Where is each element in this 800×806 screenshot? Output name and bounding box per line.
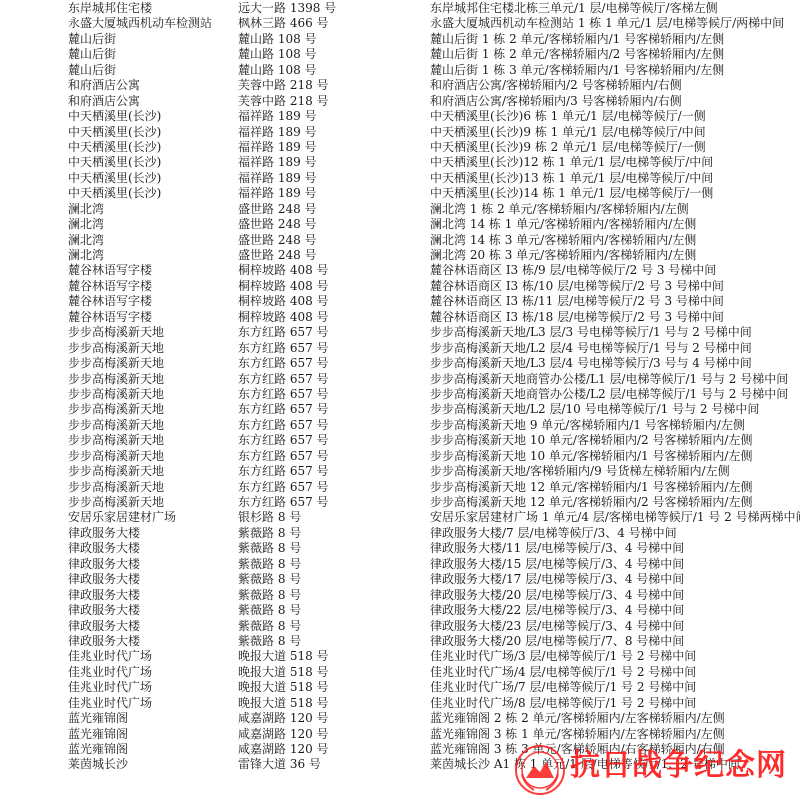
table-row: 中天栖溪里(长沙)福祥路 189 号中天栖溪里(长沙)6 栋 1 单元/1 层/… [68,109,800,124]
site-address: 东方红路 657 号 [238,387,430,402]
install-location: 中天栖溪里(长沙)12 栋 1 单元/1 层/电梯等候厅/中间 [430,155,800,170]
table-row: 蓝光雍锦阁咸嘉湖路 120 号蓝光雍锦阁 2 栋 2 单元/客梯轿厢内/左客梯轿… [68,711,800,726]
install-location: 步步高梅溪新天地/L3 层/4 号电梯等候厅/3 号与 4 号梯中间 [430,356,800,371]
site-name: 步步高梅溪新天地 [68,495,238,510]
site-name: 澜北湾 [68,248,238,263]
install-location: 律政服务大楼/23 层/电梯等候厅/3、4 号梯中间 [430,619,800,634]
site-name: 佳兆业时代广场 [68,665,238,680]
table-row: 莱茵城长沙雷锋大道 36 号莱茵城长沙 A1 栋 1 单元/1 层/电梯等候厅/… [68,757,800,772]
install-location: 律政服务大楼/17 层/电梯等候厅/3、4 号梯中间 [430,572,800,587]
site-name: 步步高梅溪新天地 [68,433,238,448]
install-location: 麓谷林语商区 I3 栋/18 层/电梯等候厅/2 号 3 号梯中间 [430,310,800,325]
site-address: 紫薇路 8 号 [238,541,430,556]
install-location: 中天栖溪里(长沙)9 栋 1 单元/1 层/电梯等候厅/中间 [430,125,800,140]
install-location: 律政服务大楼/20 层/电梯等候厅/3、4 号梯中间 [430,588,800,603]
site-name: 麓谷林语写字楼 [68,294,238,309]
site-address: 盛世路 248 号 [238,248,430,263]
site-name: 蓝光雍锦阁 [68,742,238,757]
install-location: 永盛大厦城西机动车检测站 1 栋 1 单元/1 层/电梯等候厅/两梯中间 [430,16,800,31]
site-address: 福祥路 189 号 [238,186,430,201]
table-row: 律政服务大楼紫薇路 8 号律政服务大楼/20 层/电梯等候厅/7、8 号梯中间 [68,634,800,649]
site-name: 步步高梅溪新天地 [68,341,238,356]
site-name: 步步高梅溪新天地 [68,464,238,479]
table-row: 麓谷林语写字楼桐梓坡路 408 号麓谷林语商区 I3 栋/18 层/电梯等候厅/… [68,310,800,325]
site-address: 东方红路 657 号 [238,341,430,356]
site-address: 芙蓉中路 218 号 [238,78,430,93]
site-address: 麓山路 108 号 [238,32,430,47]
table-row: 麓山后街麓山路 108 号麓山后街 1 栋 2 单元/客梯轿厢内/2 号客梯轿厢… [68,47,800,62]
table-row: 中天栖溪里(长沙)福祥路 189 号中天栖溪里(长沙)14 栋 1 单元/1 层… [68,186,800,201]
site-address: 晚报大道 518 号 [238,696,430,711]
table-row: 律政服务大楼紫薇路 8 号律政服务大楼/15 层/电梯等候厅/3、4 号梯中间 [68,557,800,572]
install-location: 律政服务大楼/22 层/电梯等候厅/3、4 号梯中间 [430,603,800,618]
site-address: 麓山路 108 号 [238,63,430,78]
install-location: 佳兆业时代广场/4 层/电梯等候厅/1 号 2 号梯中间 [430,665,800,680]
install-location: 律政服务大楼/15 层/电梯等候厅/3、4 号梯中间 [430,557,800,572]
table-row: 澜北湾盛世路 248 号澜北湾 14 栋 3 单元/客梯轿厢内/客梯轿厢内/左侧 [68,233,800,248]
site-address: 盛世路 248 号 [238,202,430,217]
site-name: 佳兆业时代广场 [68,649,238,664]
site-name: 步步高梅溪新天地 [68,372,238,387]
table-row: 佳兆业时代广场晚报大道 518 号佳兆业时代广场/3 层/电梯等候厅/1 号 2… [68,649,800,664]
install-location: 佳兆业时代广场/7 层/电梯等候厅/1 号 2 号梯中间 [430,680,800,695]
site-name: 麓谷林语写字楼 [68,279,238,294]
table-row: 东岸城邦住宅楼远大一路 1398 号东岸城邦住宅楼北栋三单元/1 层/电梯等候厅… [68,1,800,16]
site-name: 步步高梅溪新天地 [68,387,238,402]
table-row: 步步高梅溪新天地东方红路 657 号步步高梅溪新天地 10 单元/客梯轿厢内/1… [68,449,800,464]
site-address: 紫薇路 8 号 [238,603,430,618]
table-row: 律政服务大楼紫薇路 8 号律政服务大楼/7 层/电梯等候厅/3、4 号梯中间 [68,526,800,541]
site-address: 雷锋大道 36 号 [238,757,430,772]
install-location: 步步高梅溪新天地/L3 层/3 号电梯等候厅/1 号与 2 号梯中间 [430,325,800,340]
install-location: 律政服务大楼/7 层/电梯等候厅/3、4 号梯中间 [430,526,800,541]
site-address: 福祥路 189 号 [238,155,430,170]
site-address: 东方红路 657 号 [238,495,430,510]
site-address: 远大一路 1398 号 [238,1,430,16]
table-row: 律政服务大楼紫薇路 8 号律政服务大楼/17 层/电梯等候厅/3、4 号梯中间 [68,572,800,587]
table-row: 蓝光雍锦阁咸嘉湖路 120 号蓝光雍锦阁 3 栋 3 单元/客梯轿厢内/右客梯轿… [68,742,800,757]
table-row: 步步高梅溪新天地东方红路 657 号步步高梅溪新天地 12 单元/客梯轿厢内/2… [68,495,800,510]
install-location: 步步高梅溪新天地/L2 层/4 号电梯等候厅/1 号与 2 号梯中间 [430,341,800,356]
site-address: 麓山路 108 号 [238,47,430,62]
site-name: 律政服务大楼 [68,634,238,649]
install-location: 麓山后街 1 栋 2 单元/客梯轿厢内/1 号客梯轿厢内/左侧 [430,32,800,47]
site-address: 福祥路 189 号 [238,109,430,124]
install-location: 中天栖溪里(长沙)13 栋 1 单元/1 层/电梯等候厅/中间 [430,171,800,186]
install-location: 中天栖溪里(长沙)9 栋 2 单元/1 层/电梯等候厅/一侧 [430,140,800,155]
site-name: 中天栖溪里(长沙) [68,155,238,170]
install-location: 步步高梅溪新天地 10 单元/客梯轿厢内/2 号客梯轿厢内/左侧 [430,433,800,448]
table-row: 澜北湾盛世路 248 号澜北湾 14 栋 1 单元/客梯轿厢内/客梯轿厢内/左侧 [68,217,800,232]
table-row: 律政服务大楼紫薇路 8 号律政服务大楼/23 层/电梯等候厅/3、4 号梯中间 [68,619,800,634]
install-location: 中天栖溪里(长沙)6 栋 1 单元/1 层/电梯等候厅/一侧 [430,109,800,124]
table-row: 麓谷林语写字楼桐梓坡路 408 号麓谷林语商区 I3 栋/11 层/电梯等候厅/… [68,294,800,309]
site-address: 东方红路 657 号 [238,372,430,387]
site-name: 蓝光雍锦阁 [68,727,238,742]
install-location: 澜北湾 1 栋 2 单元/客梯轿厢内/客梯轿厢内/左侧 [430,202,800,217]
table-row: 麓谷林语写字楼桐梓坡路 408 号麓谷林语商区 I3 栋/9 层/电梯等候厅/2… [68,263,800,278]
site-address: 紫薇路 8 号 [238,572,430,587]
install-location: 东岸城邦住宅楼北栋三单元/1 层/电梯等候厅/客梯左侧 [430,1,800,16]
site-address: 晚报大道 518 号 [238,649,430,664]
site-name: 中天栖溪里(长沙) [68,171,238,186]
site-address: 盛世路 248 号 [238,233,430,248]
site-name: 佳兆业时代广场 [68,696,238,711]
site-name: 律政服务大楼 [68,619,238,634]
table-row: 步步高梅溪新天地东方红路 657 号步步高梅溪新天地商管办公楼/L2 层/电梯等… [68,387,800,402]
site-address: 银杉路 8 号 [238,510,430,525]
table-row: 中天栖溪里(长沙)福祥路 189 号中天栖溪里(长沙)9 栋 2 单元/1 层/… [68,140,800,155]
site-name: 莱茵城长沙 [68,757,238,772]
table-row: 蓝光雍锦阁咸嘉湖路 120 号蓝光雍锦阁 3 栋 1 单元/客梯轿厢内/左客梯轿… [68,727,800,742]
table-row: 中天栖溪里(长沙)福祥路 189 号中天栖溪里(长沙)9 栋 1 单元/1 层/… [68,125,800,140]
table-row: 步步高梅溪新天地东方红路 657 号步步高梅溪新天地 10 单元/客梯轿厢内/2… [68,433,800,448]
site-address: 东方红路 657 号 [238,433,430,448]
site-name: 律政服务大楼 [68,588,238,603]
install-location: 麓谷林语商区 I3 栋/10 层/电梯等候厅/2 号 3 号梯中间 [430,279,800,294]
site-name: 澜北湾 [68,233,238,248]
install-location: 麓谷林语商区 I3 栋/11 层/电梯等候厅/2 号 3 号梯中间 [430,294,800,309]
install-location: 安居乐家居建材广场 1 单元/4 层/客梯电梯等候厅/1 号 2 号梯两梯中间 [430,510,800,525]
site-name: 佳兆业时代广场 [68,680,238,695]
install-location: 步步高梅溪新天地商管办公楼/L2 层/电梯等候厅/1 号与 2 号梯中间 [430,387,800,402]
table-row: 澜北湾盛世路 248 号澜北湾 20 栋 3 单元/客梯轿厢内/客梯轿厢内/左侧 [68,248,800,263]
site-name: 律政服务大楼 [68,572,238,587]
install-location: 步步高梅溪新天地 12 单元/客梯轿厢内/2 号客梯轿厢内/左侧 [430,495,800,510]
site-address: 盛世路 248 号 [238,217,430,232]
site-address: 桐梓坡路 408 号 [238,310,430,325]
site-name: 步步高梅溪新天地 [68,449,238,464]
install-location: 佳兆业时代广场/8 层/电梯等候厅/1 号 2 号梯中间 [430,696,800,711]
site-address: 晚报大道 518 号 [238,665,430,680]
site-name: 中天栖溪里(长沙) [68,109,238,124]
table-row: 佳兆业时代广场晚报大道 518 号佳兆业时代广场/4 层/电梯等候厅/1 号 2… [68,665,800,680]
site-address: 福祥路 189 号 [238,125,430,140]
table-row: 步步高梅溪新天地东方红路 657 号步步高梅溪新天地/客梯轿厢内/9 号货梯左梯… [68,464,800,479]
site-address: 咸嘉湖路 120 号 [238,727,430,742]
table-row: 步步高梅溪新天地东方红路 657 号步步高梅溪新天地商管办公楼/L1 层/电梯等… [68,372,800,387]
table-row: 步步高梅溪新天地东方红路 657 号步步高梅溪新天地/L2 层/10 号电梯等候… [68,402,800,417]
site-name: 永盛大厦城西机动车检测站 [68,16,238,31]
location-table: 东岸城邦住宅楼远大一路 1398 号东岸城邦住宅楼北栋三单元/1 层/电梯等候厅… [68,1,800,773]
site-name: 中天栖溪里(长沙) [68,186,238,201]
site-address: 紫薇路 8 号 [238,588,430,603]
table-row: 律政服务大楼紫薇路 8 号律政服务大楼/20 层/电梯等候厅/3、4 号梯中间 [68,588,800,603]
site-address: 东方红路 657 号 [238,325,430,340]
install-location: 蓝光雍锦阁 3 栋 1 单元/客梯轿厢内/左客梯轿厢内/左侧 [430,727,800,742]
site-address: 晚报大道 518 号 [238,680,430,695]
install-location: 步步高梅溪新天地商管办公楼/L1 层/电梯等候厅/1 号与 2 号梯中间 [430,372,800,387]
install-location: 步步高梅溪新天地/L2 层/10 号电梯等候厅/1 号与 2 号梯中间 [430,402,800,417]
site-address: 桐梓坡路 408 号 [238,279,430,294]
site-name: 蓝光雍锦阁 [68,711,238,726]
table-row: 律政服务大楼紫薇路 8 号律政服务大楼/22 层/电梯等候厅/3、4 号梯中间 [68,603,800,618]
site-name: 东岸城邦住宅楼 [68,1,238,16]
table-row: 步步高梅溪新天地东方红路 657 号步步高梅溪新天地 12 单元/客梯轿厢内/1… [68,480,800,495]
install-location: 步步高梅溪新天地 9 单元/客梯轿厢内/1 号客梯轿厢内/左侧 [430,418,800,433]
table-row: 永盛大厦城西机动车检测站枫林三路 466 号永盛大厦城西机动车检测站 1 栋 1… [68,16,800,31]
site-name: 步步高梅溪新天地 [68,325,238,340]
table-row: 和府酒店公寓芙蓉中路 218 号和府酒店公寓/客梯轿厢内/2 号客梯轿厢内/右侧 [68,78,800,93]
install-location: 步步高梅溪新天地/客梯轿厢内/9 号货梯左梯轿厢内/左侧 [430,464,800,479]
install-location: 澜北湾 20 栋 3 单元/客梯轿厢内/客梯轿厢内/左侧 [430,248,800,263]
site-address: 紫薇路 8 号 [238,526,430,541]
table-row: 麓谷林语写字楼桐梓坡路 408 号麓谷林语商区 I3 栋/10 层/电梯等候厅/… [68,279,800,294]
install-location: 和府酒店公寓/客梯轿厢内/2 号客梯轿厢内/右侧 [430,78,800,93]
site-address: 东方红路 657 号 [238,449,430,464]
install-location: 麓山后街 1 栋 2 单元/客梯轿厢内/2 号客梯轿厢内/左侧 [430,47,800,62]
install-location: 蓝光雍锦阁 2 栋 2 单元/客梯轿厢内/左客梯轿厢内/左侧 [430,711,800,726]
table-row: 麓山后街麓山路 108 号麓山后街 1 栋 2 单元/客梯轿厢内/1 号客梯轿厢… [68,32,800,47]
site-address: 东方红路 657 号 [238,464,430,479]
site-address: 紫薇路 8 号 [238,557,430,572]
install-location: 和府酒店公寓/客梯轿厢内/3 号客梯轿厢内/右侧 [430,94,800,109]
install-location: 澜北湾 14 栋 1 单元/客梯轿厢内/客梯轿厢内/左侧 [430,217,800,232]
site-name: 和府酒店公寓 [68,78,238,93]
site-address: 东方红路 657 号 [238,356,430,371]
install-location: 澜北湾 14 栋 3 单元/客梯轿厢内/客梯轿厢内/左侧 [430,233,800,248]
site-name: 律政服务大楼 [68,526,238,541]
site-name: 麓山后街 [68,32,238,47]
site-name: 律政服务大楼 [68,557,238,572]
install-location: 麓谷林语商区 I3 栋/9 层/电梯等候厅/2 号 3 号梯中间 [430,263,800,278]
site-address: 东方红路 657 号 [238,402,430,417]
table-row: 律政服务大楼紫薇路 8 号律政服务大楼/11 层/电梯等候厅/3、4 号梯中间 [68,541,800,556]
site-address: 桐梓坡路 408 号 [238,263,430,278]
site-address: 芙蓉中路 218 号 [238,94,430,109]
site-name: 律政服务大楼 [68,603,238,618]
install-location: 中天栖溪里(长沙)14 栋 1 单元/1 层/电梯等候厅/一侧 [430,186,800,201]
site-name: 中天栖溪里(长沙) [68,125,238,140]
install-location: 步步高梅溪新天地 12 单元/客梯轿厢内/1 号客梯轿厢内/左侧 [430,480,800,495]
table-row: 步步高梅溪新天地东方红路 657 号步步高梅溪新天地/L2 层/4 号电梯等候厅… [68,341,800,356]
site-address: 东方红路 657 号 [238,480,430,495]
table-row: 澜北湾盛世路 248 号澜北湾 1 栋 2 单元/客梯轿厢内/客梯轿厢内/左侧 [68,202,800,217]
site-name: 步步高梅溪新天地 [68,480,238,495]
site-name: 步步高梅溪新天地 [68,402,238,417]
table-row: 麓山后街麓山路 108 号麓山后街 1 栋 3 单元/客梯轿厢内/1 号客梯轿厢… [68,63,800,78]
install-location: 步步高梅溪新天地 10 单元/客梯轿厢内/1 号客梯轿厢内/左侧 [430,449,800,464]
install-location: 蓝光雍锦阁 3 栋 3 单元/客梯轿厢内/右客梯轿厢内/右侧 [430,742,800,757]
table-row: 中天栖溪里(长沙)福祥路 189 号中天栖溪里(长沙)13 栋 1 单元/1 层… [68,171,800,186]
site-name: 麓山后街 [68,63,238,78]
table-row: 和府酒店公寓芙蓉中路 218 号和府酒店公寓/客梯轿厢内/3 号客梯轿厢内/右侧 [68,94,800,109]
site-name: 澜北湾 [68,217,238,232]
site-name: 律政服务大楼 [68,541,238,556]
site-address: 福祥路 189 号 [238,140,430,155]
site-name: 中天栖溪里(长沙) [68,140,238,155]
site-address: 紫薇路 8 号 [238,634,430,649]
site-name: 麓谷林语写字楼 [68,310,238,325]
install-location: 律政服务大楼/20 层/电梯等候厅/7、8 号梯中间 [430,634,800,649]
site-address: 枫林三路 466 号 [238,16,430,31]
install-location: 莱茵城长沙 A1 栋 1 单元/1 层/电梯等候厅/1、2 号梯中间 [430,757,800,772]
table-row: 步步高梅溪新天地东方红路 657 号步步高梅溪新天地/L3 层/4 号电梯等候厅… [68,356,800,371]
table-row: 步步高梅溪新天地东方红路 657 号步步高梅溪新天地/L3 层/3 号电梯等候厅… [68,325,800,340]
site-address: 紫薇路 8 号 [238,619,430,634]
table-row: 佳兆业时代广场晚报大道 518 号佳兆业时代广场/8 层/电梯等候厅/1 号 2… [68,696,800,711]
site-name: 安居乐家居建材广场 [68,510,238,525]
install-location: 佳兆业时代广场/3 层/电梯等候厅/1 号 2 号梯中间 [430,649,800,664]
site-name: 麓谷林语写字楼 [68,263,238,278]
table-row: 佳兆业时代广场晚报大道 518 号佳兆业时代广场/7 层/电梯等候厅/1 号 2… [68,680,800,695]
install-location: 麓山后街 1 栋 3 单元/客梯轿厢内/1 号客梯轿厢内/左侧 [430,63,800,78]
site-name: 步步高梅溪新天地 [68,418,238,433]
site-name: 麓山后街 [68,47,238,62]
site-address: 东方红路 657 号 [238,418,430,433]
install-location: 律政服务大楼/11 层/电梯等候厅/3、4 号梯中间 [430,541,800,556]
site-name: 步步高梅溪新天地 [68,356,238,371]
site-address: 福祥路 189 号 [238,171,430,186]
site-address: 桐梓坡路 408 号 [238,294,430,309]
site-name: 和府酒店公寓 [68,94,238,109]
site-name: 澜北湾 [68,202,238,217]
site-address: 咸嘉湖路 120 号 [238,742,430,757]
table-row: 安居乐家居建材广场银杉路 8 号安居乐家居建材广场 1 单元/4 层/客梯电梯等… [68,510,800,525]
site-address: 咸嘉湖路 120 号 [238,711,430,726]
table-row: 步步高梅溪新天地东方红路 657 号步步高梅溪新天地 9 单元/客梯轿厢内/1 … [68,418,800,433]
table-row: 中天栖溪里(长沙)福祥路 189 号中天栖溪里(长沙)12 栋 1 单元/1 层… [68,155,800,170]
